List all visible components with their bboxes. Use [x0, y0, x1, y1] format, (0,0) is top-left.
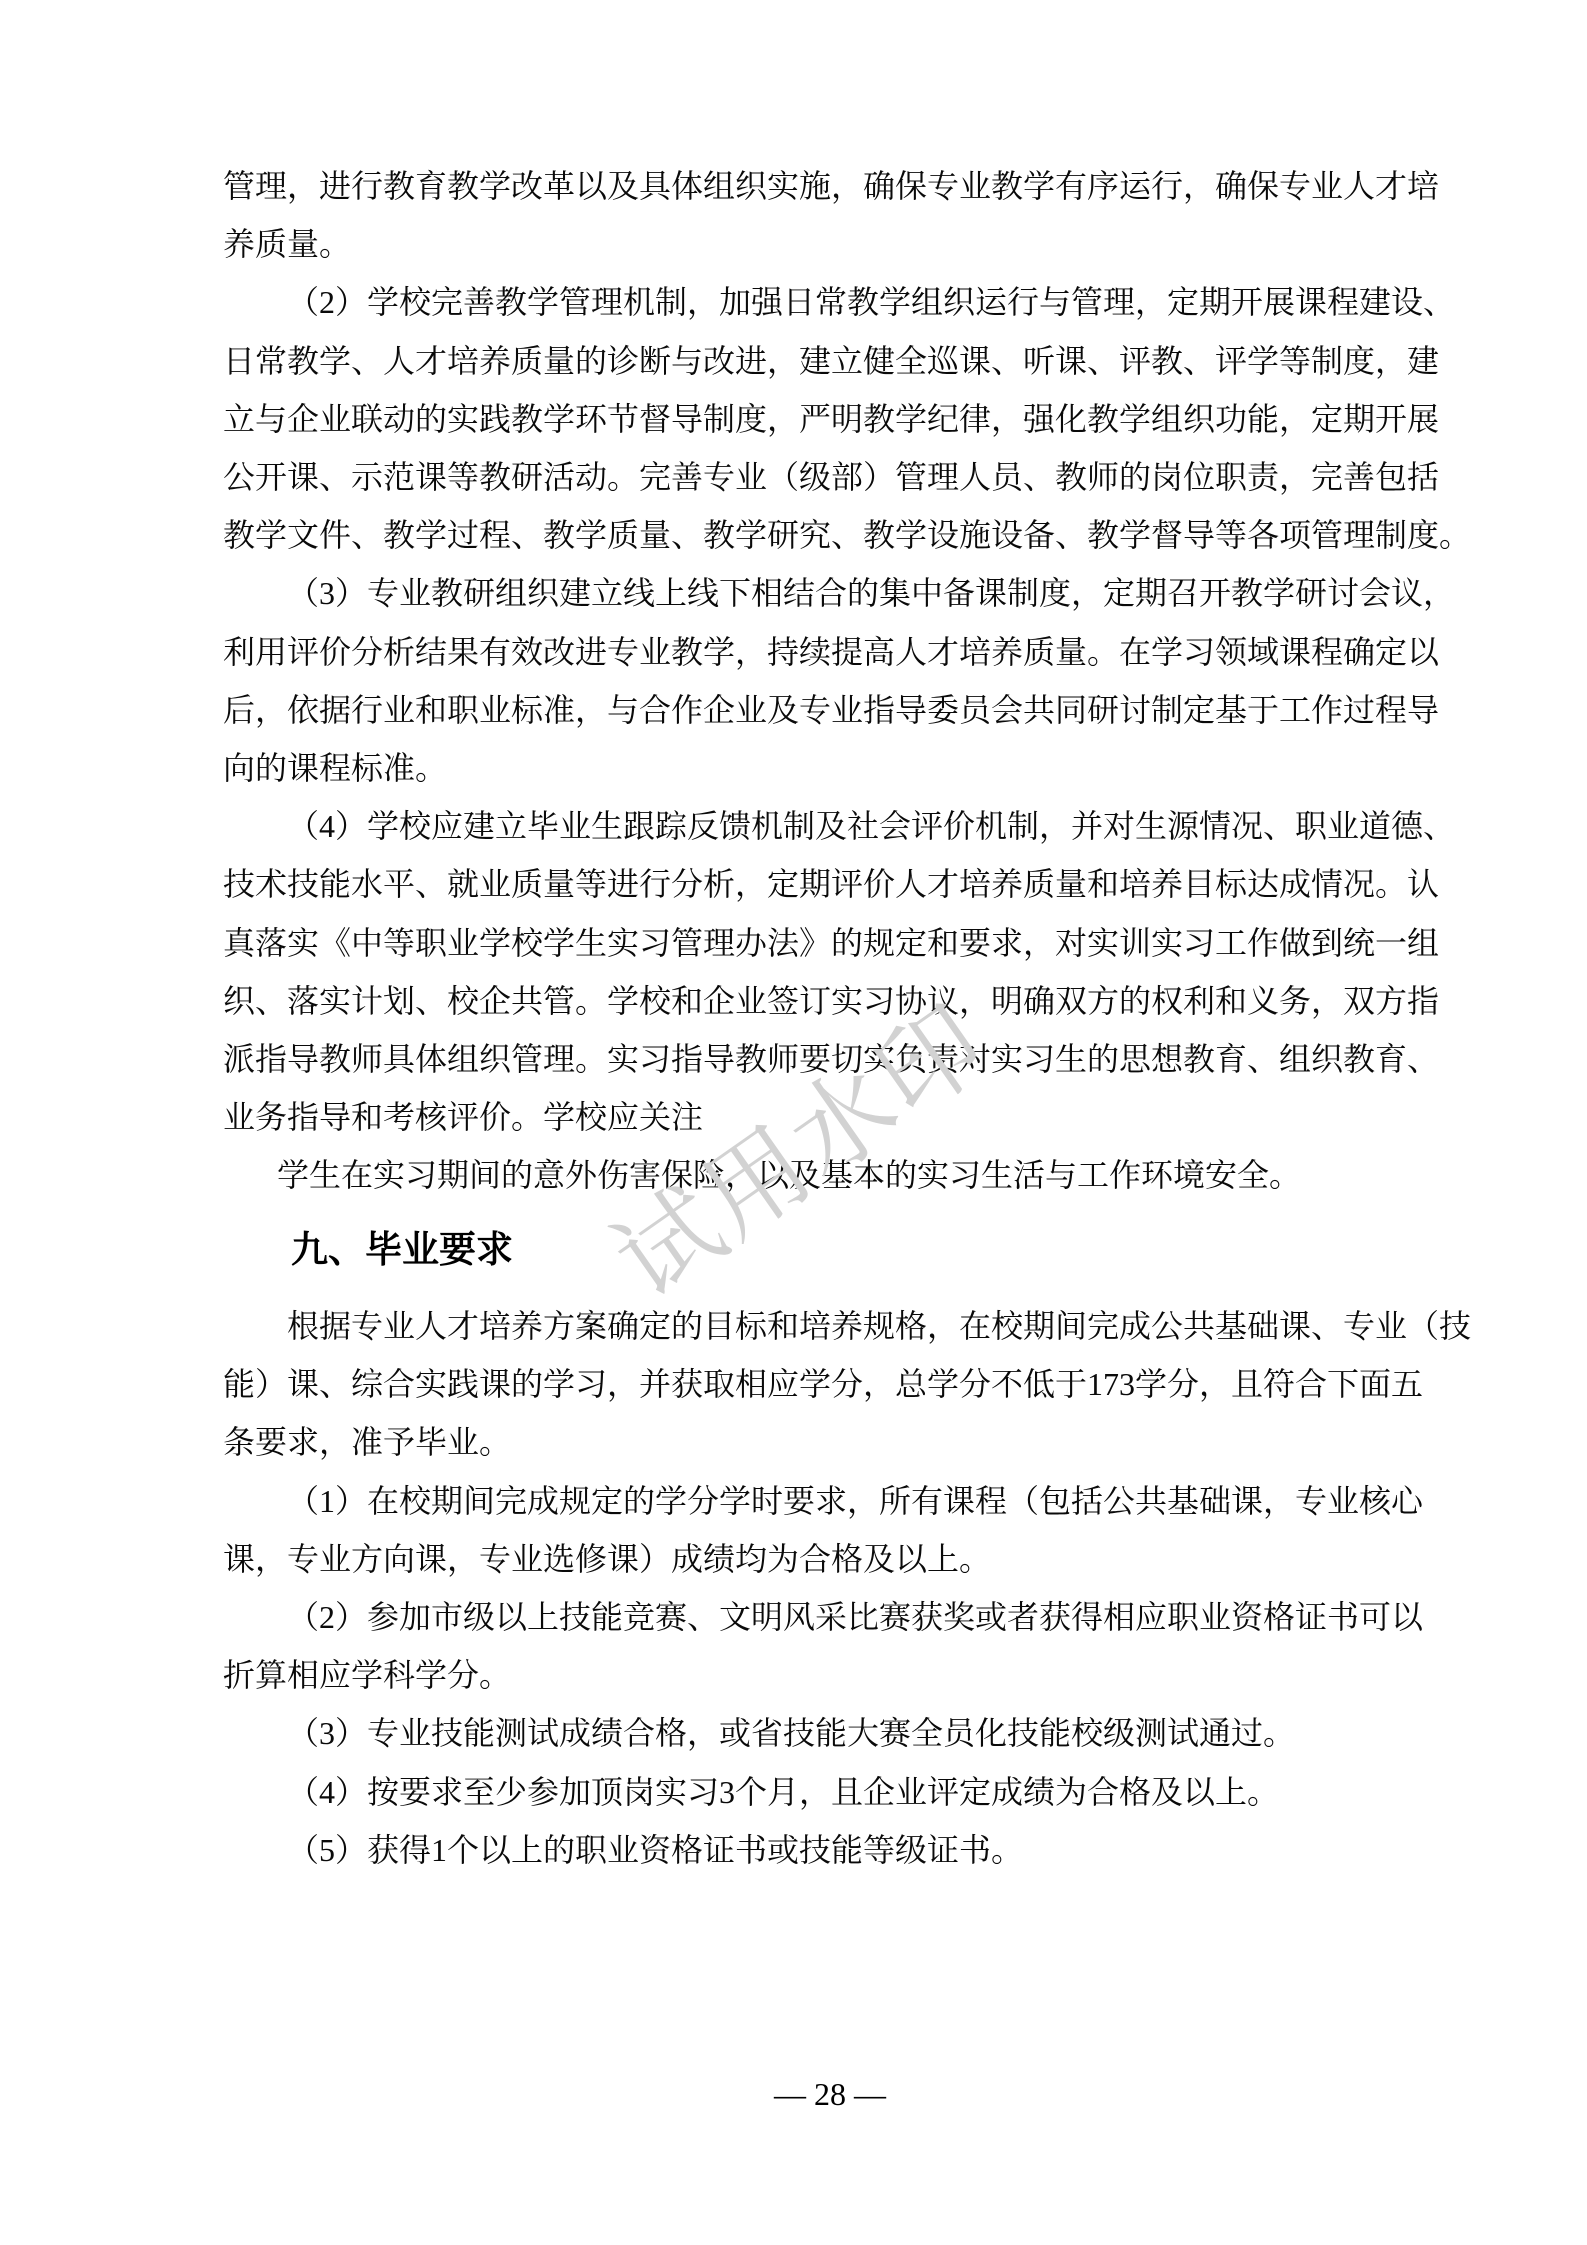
text-line: 业务指导和考核评价。学校应关注 [223, 1088, 1463, 1146]
text-line: 根据专业人才培养方案确定的目标和培养规格，在校期间完成公共基础课、专业（技 [223, 1297, 1463, 1355]
text-line: 折算相应学科学分。 [223, 1646, 1463, 1704]
text-line: 派指导教师具体组织管理。实习指导教师要切实负责对实习生的思想教育、组织教育、 [223, 1030, 1463, 1088]
text-line: 技术技能水平、就业质量等进行分析，定期评价人才培养质量和培养目标达成情况。认 [223, 855, 1463, 913]
text-line: （3）专业教研组织建立线上线下相结合的集中备课制度，定期召开教学研讨会议， [223, 564, 1463, 622]
text-line: 织、落实计划、校企共管。学校和企业签订实习协议，明确双方的权利和义务，双方指 [223, 972, 1463, 1030]
text-line: 管理，进行教育教学改革以及具体组织实施，确保专业教学有序运行，确保专业人才培 [223, 157, 1463, 215]
section-heading: 九、毕业要求 [291, 1222, 513, 1278]
text-line: 学生在实习期间的意外伤害保险，以及基本的实习生活与工作环境安全。 [223, 1146, 1463, 1204]
text-line: 真落实《中等职业学校学生实习管理办法》的规定和要求，对实训实习工作做到统一组 [223, 914, 1463, 972]
page-number: — 28 — [223, 2072, 1437, 2116]
text-line: 日常教学、人才培养质量的诊断与改进，建立健全巡课、听课、评教、评学等制度，建 [223, 332, 1463, 390]
text-line: 养质量。 [223, 215, 1463, 273]
text-line: （5）获得1个以上的职业资格证书或技能等级证书。 [223, 1821, 1463, 1879]
text-line: 利用评价分析结果有效改进专业教学，持续提高人才培养质量。在学习领域课程确定以 [223, 623, 1463, 681]
text-line: 公开课、示范课等教研活动。完善专业（级部）管理人员、教师的岗位职责，完善包括 [223, 448, 1463, 506]
text-line: 能）课、综合实践课的学习，并获取相应学分，总学分不低于173学分，且符合下面五 [223, 1355, 1463, 1413]
text-line: （2）学校完善教学管理机制，加强日常教学组织运行与管理，定期开展课程建设、 [223, 273, 1463, 331]
body-block-top: 管理，进行教育教学改革以及具体组织实施，确保专业教学有序运行，确保专业人才培养质… [223, 157, 1463, 1205]
text-line: （4）学校应建立毕业生跟踪反馈机制及社会评价机制，并对生源情况、职业道德、 [223, 797, 1463, 855]
text-line: （3）专业技能测试成绩合格，或省技能大赛全员化技能校级测试通过。 [223, 1704, 1463, 1762]
document-page: 试用水印 管理，进行教育教学改革以及具体组织实施，确保专业教学有序运行，确保专业… [0, 0, 1587, 2245]
text-line: 立与企业联动的实践教学环节督导制度，严明教学纪律，强化教学组织功能，定期开展 [223, 390, 1463, 448]
text-line: 条要求，准予毕业。 [223, 1413, 1463, 1471]
text-line: （2）参加市级以上技能竞赛、文明风采比赛获奖或者获得相应职业资格证书可以 [223, 1588, 1463, 1646]
body-block-bottom: 根据专业人才培养方案确定的目标和培养规格，在校期间完成公共基础课、专业（技能）课… [223, 1297, 1463, 1879]
text-line: 向的课程标准。 [223, 739, 1463, 797]
text-line: 教学文件、教学过程、教学质量、教学研究、教学设施设备、教学督导等各项管理制度。 [223, 506, 1463, 564]
text-line: （1）在校期间完成规定的学分学时要求，所有课程（包括公共基础课，专业核心 [223, 1472, 1463, 1530]
text-line: 后，依据行业和职业标准，与合作企业及专业指导委员会共同研讨制定基于工作过程导 [223, 681, 1463, 739]
text-line: 课，专业方向课，专业选修课）成绩均为合格及以上。 [223, 1530, 1463, 1588]
text-line: （4）按要求至少参加顶岗实习3个月，且企业评定成绩为合格及以上。 [223, 1763, 1463, 1821]
